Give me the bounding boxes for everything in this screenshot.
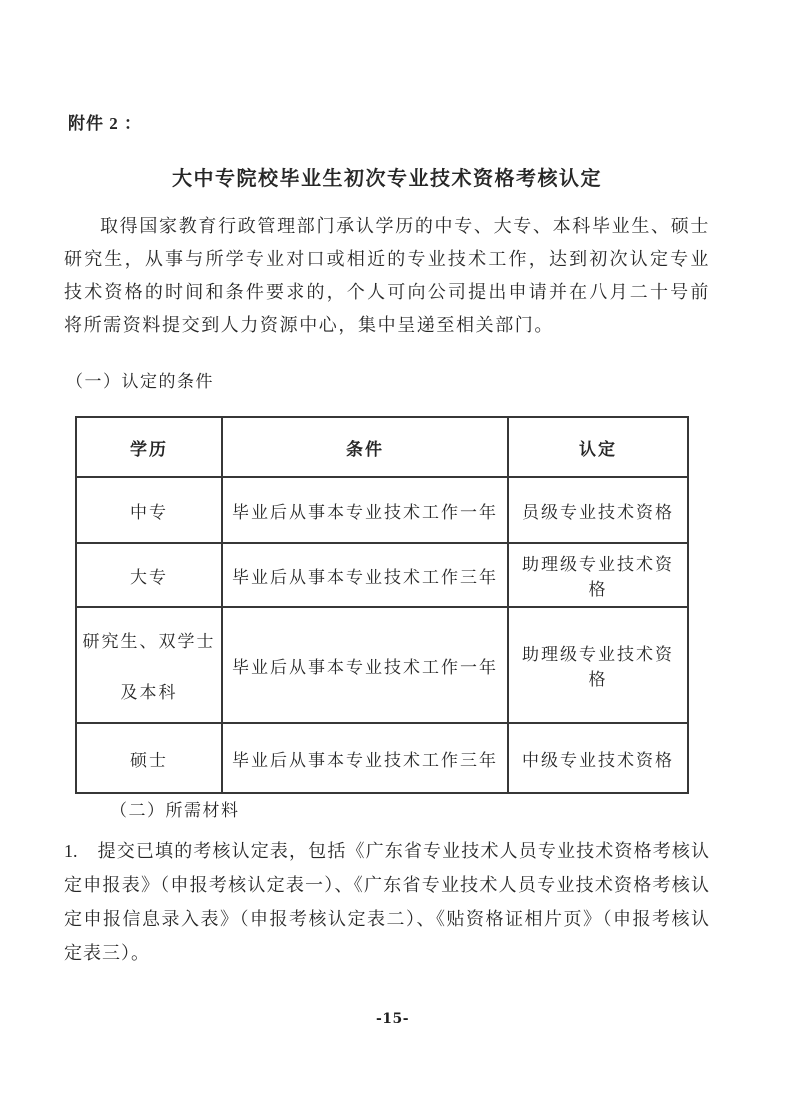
degree-text: 中专 (81, 498, 217, 523)
degree-text: 大专 (81, 563, 217, 588)
conditions-table: 学历 条件 认定 中专 毕业后从事本专业技术工作一年 员级专业技术资格 大专 毕… (75, 416, 689, 794)
recognition-cell: 中级专业技术资格 (508, 723, 688, 793)
table-header-condition: 条件 (222, 417, 508, 477)
table-header-recognition: 认定 (508, 417, 688, 477)
degree-cell: 中专 (76, 477, 222, 543)
intro-paragraph: 取得国家教育行政管理部门承认学历的中专、大专、本科毕业生、硕士研究生，从事与所学… (64, 210, 710, 342)
recognition-cell: 员级专业技术资格 (508, 477, 688, 543)
degree-cell: 大专 (76, 543, 222, 607)
section-1-heading: （一）认定的条件 (66, 370, 710, 394)
table-header-degree: 学历 (76, 417, 222, 477)
list-item-text: 提交已填的考核认定表，包括《广东省专业技术人员专业技术资格考核认定申报表》（申报… (64, 841, 710, 963)
degree-text-line-2: 及本科 (81, 678, 217, 703)
list-item-number: 1. (64, 841, 78, 861)
degree-text-line-1: 研究生、双学士 (81, 627, 217, 652)
page-footer: -15- (0, 1010, 785, 1028)
page-number: -15- (376, 1011, 409, 1027)
list-item-1: 1.提交已填的考核认定表，包括《广东省专业技术人员专业技术资格考核认定申报表》（… (64, 834, 710, 970)
condition-cell: 毕业后从事本专业技术工作一年 (222, 607, 508, 723)
table-row: 中专 毕业后从事本专业技术工作一年 员级专业技术资格 (76, 477, 688, 543)
table-row: 大专 毕业后从事本专业技术工作三年 助理级专业技术资格 (76, 543, 688, 607)
condition-cell: 毕业后从事本专业技术工作一年 (222, 477, 508, 543)
document-title: 大中专院校毕业生初次专业技术资格考核认定 (64, 164, 710, 194)
table-row: 硕士 毕业后从事本专业技术工作三年 中级专业技术资格 (76, 723, 688, 793)
attachment-label: 附件 2 ： (68, 112, 710, 136)
table-row: 研究生、双学士 及本科 毕业后从事本专业技术工作一年 助理级专业技术资格 (76, 607, 688, 723)
recognition-cell: 助理级专业技术资格 (508, 607, 688, 723)
recognition-cell: 助理级专业技术资格 (508, 543, 688, 607)
section-2-heading: （二）所需材料 (64, 799, 710, 823)
degree-cell: 研究生、双学士 及本科 (76, 607, 222, 723)
degree-cell: 硕士 (76, 723, 222, 793)
document-page: 附件 2 ： 大中专院校毕业生初次专业技术资格考核认定 取得国家教育行政管理部门… (0, 0, 785, 1111)
condition-cell: 毕业后从事本专业技术工作三年 (222, 723, 508, 793)
table-header-row: 学历 条件 认定 (76, 417, 688, 477)
degree-text: 硕士 (81, 746, 217, 771)
condition-cell: 毕业后从事本专业技术工作三年 (222, 543, 508, 607)
